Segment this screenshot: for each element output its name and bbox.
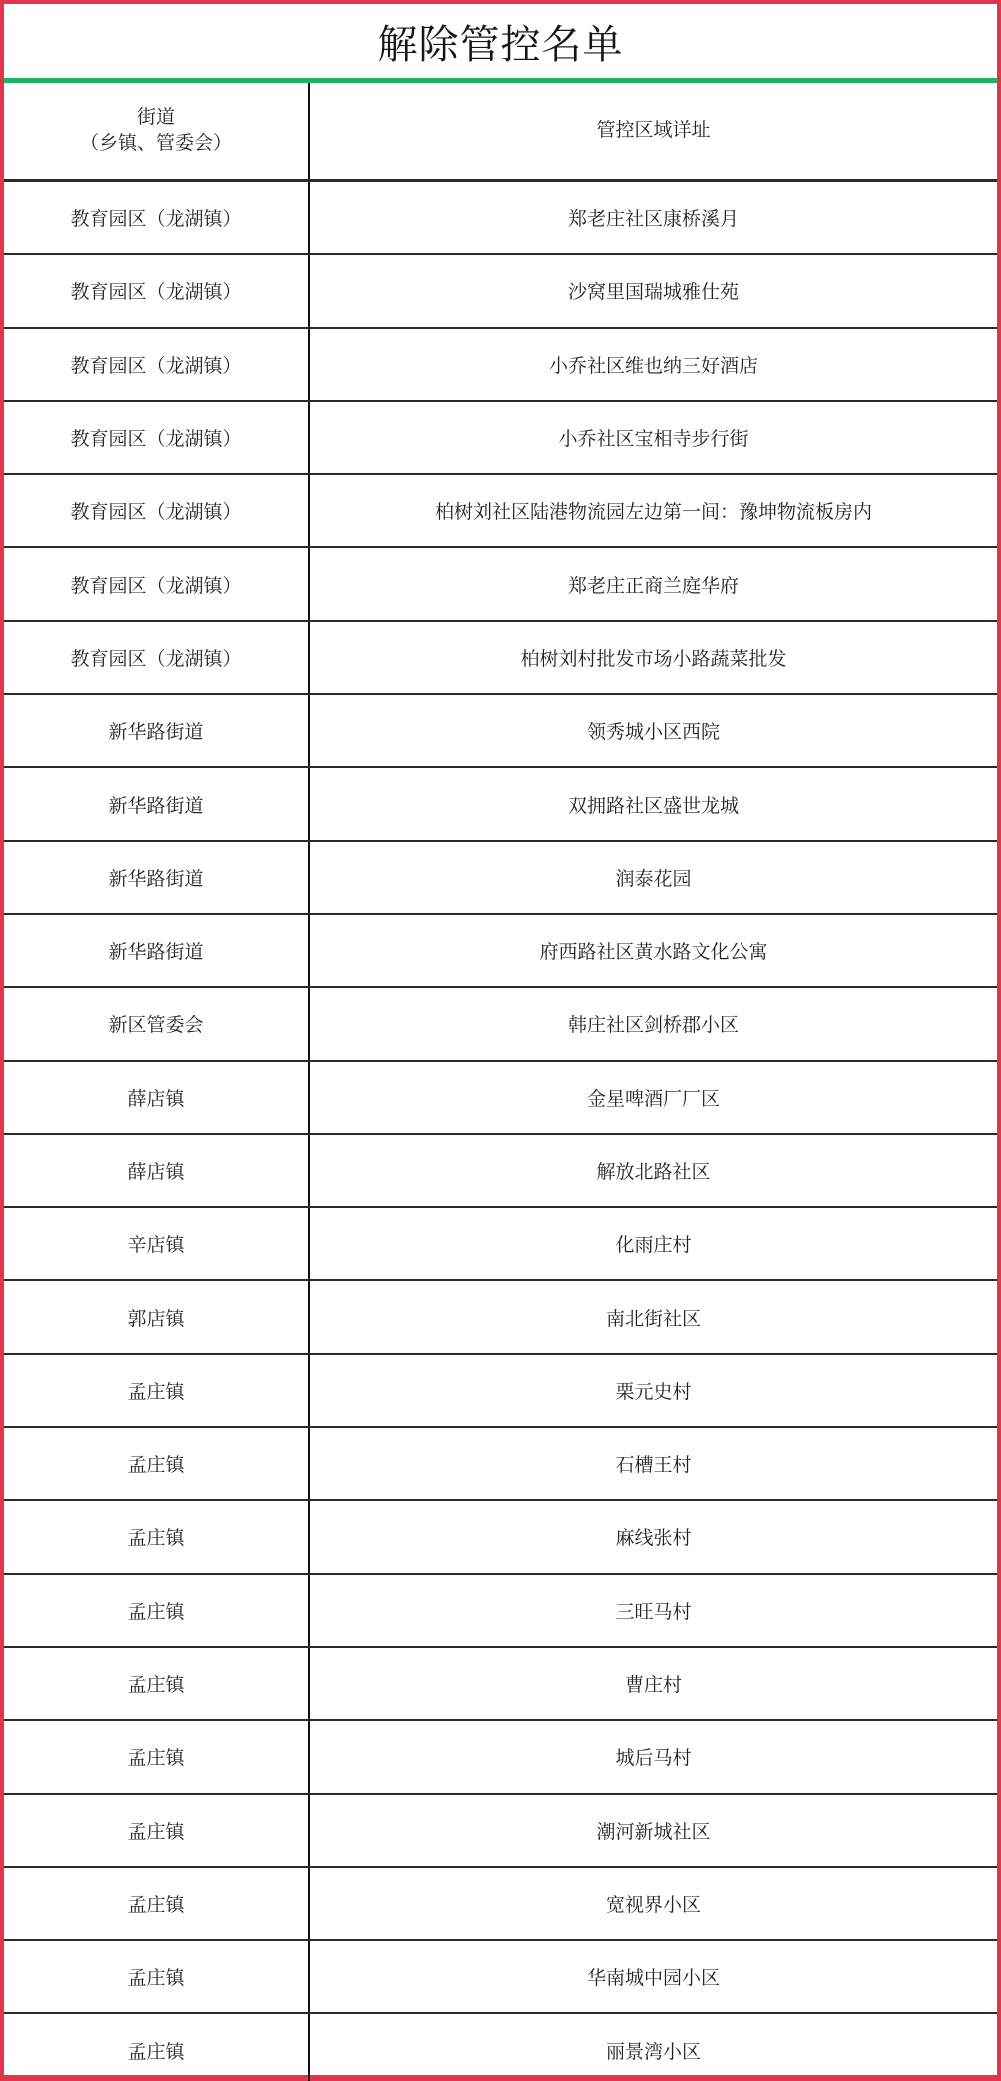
district-cell: 教育园区（龙湖镇） — [4, 621, 309, 694]
address-cell: 宽视界小区 — [309, 1867, 997, 1940]
table-row: 薛店镇金星啤酒厂厂区 — [4, 1061, 997, 1134]
table-row: 辛店镇化雨庄村 — [4, 1207, 997, 1280]
district-cell: 教育园区（龙湖镇） — [4, 474, 309, 547]
district-cell: 孟庄镇 — [4, 1720, 309, 1793]
address-cell: 柏树刘村批发市场小路蔬菜批发 — [309, 621, 997, 694]
lifted-control-table: 街道 （乡镇、管委会） 管控区域详址 教育园区（龙湖镇）郑老庄社区康桥溪月教育园… — [4, 83, 997, 2081]
table-row: 新华路街道领秀城小区西院 — [4, 694, 997, 767]
address-cell: 石槽王村 — [309, 1427, 997, 1500]
district-cell: 薛店镇 — [4, 1134, 309, 1207]
address-cell: 南北街社区 — [309, 1280, 997, 1353]
table-row: 孟庄镇宽视界小区 — [4, 1867, 997, 1940]
table-header-row: 街道 （乡镇、管委会） 管控区域详址 — [4, 83, 997, 181]
district-cell: 教育园区（龙湖镇） — [4, 181, 309, 255]
address-cell: 小乔社区维也纳三好酒店 — [309, 328, 997, 401]
address-cell: 三旺马村 — [309, 1574, 997, 1647]
address-cell: 曹庄村 — [309, 1647, 997, 1720]
table-row: 孟庄镇城后马村 — [4, 1720, 997, 1793]
table-row: 孟庄镇三旺马村 — [4, 1574, 997, 1647]
table-row: 新华路街道双拥路社区盛世龙城 — [4, 767, 997, 840]
address-cell: 沙窝里国瑞城雅仕苑 — [309, 254, 997, 327]
address-cell: 解放北路社区 — [309, 1134, 997, 1207]
table-row: 新华路街道润泰花园 — [4, 841, 997, 914]
table-row: 教育园区（龙湖镇）小乔社区宝相寺步行街 — [4, 401, 997, 474]
address-cell: 领秀城小区西院 — [309, 694, 997, 767]
table-body: 教育园区（龙湖镇）郑老庄社区康桥溪月教育园区（龙湖镇）沙窝里国瑞城雅仕苑教育园区… — [4, 181, 997, 2081]
table-row: 教育园区（龙湖镇）柏树刘社区陆港物流园左边第一间：豫坤物流板房内 — [4, 474, 997, 547]
table-row: 孟庄镇华南城中园小区 — [4, 1940, 997, 2013]
address-cell: 韩庄社区剑桥郡小区 — [309, 987, 997, 1060]
address-cell: 栗元史村 — [309, 1354, 997, 1427]
district-cell: 薛店镇 — [4, 1061, 309, 1134]
district-cell: 教育园区（龙湖镇） — [4, 401, 309, 474]
district-cell: 辛店镇 — [4, 1207, 309, 1280]
table-row: 郭店镇南北街社区 — [4, 1280, 997, 1353]
district-cell: 新华路街道 — [4, 694, 309, 767]
table-row: 教育园区（龙湖镇）小乔社区维也纳三好酒店 — [4, 328, 997, 401]
district-cell: 孟庄镇 — [4, 1574, 309, 1647]
column-header-district-line2: （乡镇、管委会） — [10, 131, 302, 157]
district-cell: 孟庄镇 — [4, 1500, 309, 1573]
district-cell: 教育园区（龙湖镇） — [4, 547, 309, 620]
table-row: 孟庄镇麻线张村 — [4, 1500, 997, 1573]
page-title: 解除管控名单 — [378, 13, 624, 70]
address-cell: 柏树刘社区陆港物流园左边第一间：豫坤物流板房内 — [309, 474, 997, 547]
district-cell: 孟庄镇 — [4, 2013, 309, 2081]
district-cell: 新华路街道 — [4, 914, 309, 987]
address-cell: 城后马村 — [309, 1720, 997, 1793]
district-cell: 新华路街道 — [4, 841, 309, 914]
district-cell: 教育园区（龙湖镇） — [4, 328, 309, 401]
district-cell: 新华路街道 — [4, 767, 309, 840]
address-cell: 双拥路社区盛世龙城 — [309, 767, 997, 840]
table-row: 孟庄镇石槽王村 — [4, 1427, 997, 1500]
table-row: 教育园区（龙湖镇）沙窝里国瑞城雅仕苑 — [4, 254, 997, 327]
address-cell: 小乔社区宝相寺步行街 — [309, 401, 997, 474]
address-cell: 化雨庄村 — [309, 1207, 997, 1280]
title-bar: 解除管控名单 — [4, 4, 997, 83]
address-cell: 润泰花园 — [309, 841, 997, 914]
address-cell: 华南城中园小区 — [309, 1940, 997, 2013]
address-cell: 郑老庄正商兰庭华府 — [309, 547, 997, 620]
district-cell: 孟庄镇 — [4, 1794, 309, 1867]
table-row: 新华路街道府西路社区黄水路文化公寓 — [4, 914, 997, 987]
address-cell: 金星啤酒厂厂区 — [309, 1061, 997, 1134]
table-row: 教育园区（龙湖镇）郑老庄社区康桥溪月 — [4, 181, 997, 255]
address-cell: 丽景湾小区 — [309, 2013, 997, 2081]
table-row: 教育园区（龙湖镇）柏树刘村批发市场小路蔬菜批发 — [4, 621, 997, 694]
column-header-district: 街道 （乡镇、管委会） — [4, 83, 309, 181]
district-cell: 孟庄镇 — [4, 1867, 309, 1940]
column-header-address: 管控区域详址 — [309, 83, 997, 181]
document-frame: 解除管控名单 街道 （乡镇、管委会） 管控区域详址 教育园区（龙湖镇）郑老庄社区… — [0, 0, 1001, 2081]
address-cell: 府西路社区黄水路文化公寓 — [309, 914, 997, 987]
table-row: 孟庄镇栗元史村 — [4, 1354, 997, 1427]
table-row: 教育园区（龙湖镇）郑老庄正商兰庭华府 — [4, 547, 997, 620]
district-cell: 孟庄镇 — [4, 1354, 309, 1427]
table-row: 孟庄镇潮河新城社区 — [4, 1794, 997, 1867]
table-row: 孟庄镇曹庄村 — [4, 1647, 997, 1720]
district-cell: 孟庄镇 — [4, 1427, 309, 1500]
address-cell: 潮河新城社区 — [309, 1794, 997, 1867]
district-cell: 郭店镇 — [4, 1280, 309, 1353]
district-cell: 孟庄镇 — [4, 1940, 309, 2013]
table-row: 孟庄镇丽景湾小区 — [4, 2013, 997, 2081]
address-cell: 麻线张村 — [309, 1500, 997, 1573]
district-cell: 新区管委会 — [4, 987, 309, 1060]
column-header-district-line1: 街道 — [10, 105, 302, 131]
district-cell: 教育园区（龙湖镇） — [4, 254, 309, 327]
table-row: 薛店镇解放北路社区 — [4, 1134, 997, 1207]
address-cell: 郑老庄社区康桥溪月 — [309, 181, 997, 255]
district-cell: 孟庄镇 — [4, 1647, 309, 1720]
table-row: 新区管委会韩庄社区剑桥郡小区 — [4, 987, 997, 1060]
